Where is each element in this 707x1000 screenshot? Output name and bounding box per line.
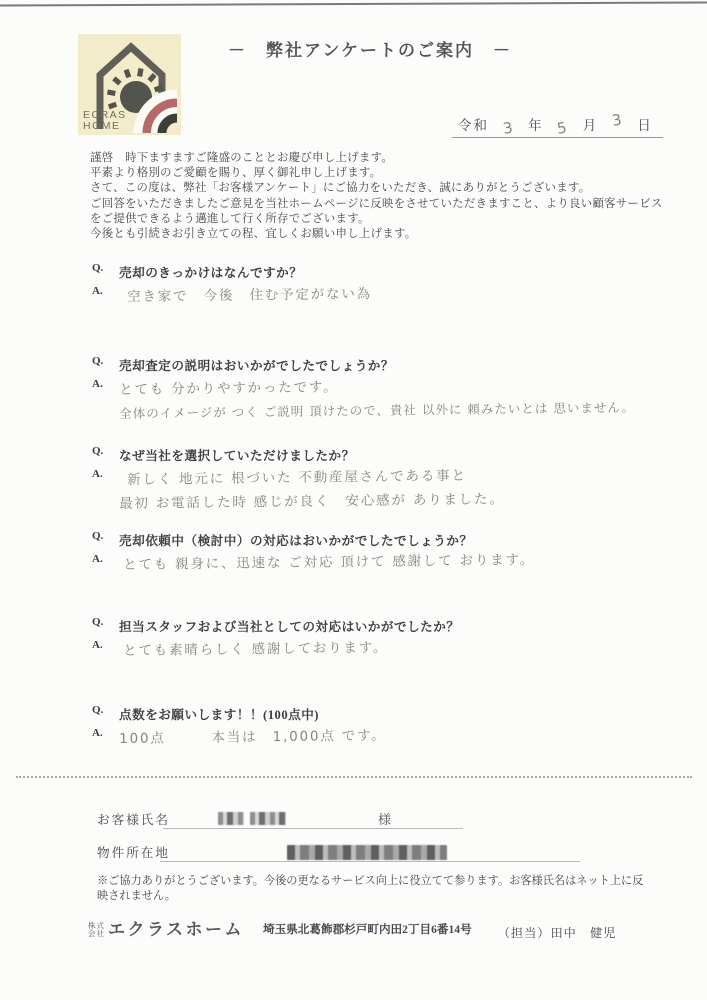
question-label: Q.: [92, 530, 110, 549]
property-location-underline: [160, 861, 580, 862]
scan-edge-line: [0, 1, 707, 6]
logo-text-home: HOME: [83, 120, 121, 132]
greeting-line: をご提供できるよう邁進して行く所存でございます。: [90, 212, 670, 227]
handwritten-answer: とても素晴らしく 感謝しております。: [123, 636, 388, 663]
date-day-unit: 日: [637, 114, 653, 134]
question-text: 担当スタッフおよび当社としての対応はいかがでしたか？: [119, 616, 459, 635]
qa-block-4: Q. 売却依頼中（検討中）の対応はおいかがでしたでしょうか？ A. とても 親身…: [92, 530, 677, 577]
handwritten-answer: とても 親身に、迅速な ご対応 頂けて 感謝して おります。: [123, 548, 535, 577]
honorific-sama: 様: [378, 809, 391, 828]
answer-label: A.: [92, 727, 110, 751]
footer-note-line: ※ご協力ありがとうございます。今後の更なるサービス向上に役立てて参ります。お客様…: [97, 874, 659, 889]
handwritten-answer: 全体のイメージが つく ご説明 頂けたので、貴社 以外に 頼みたいとは 思いませ…: [119, 396, 635, 426]
greeting-line: さて、この度は、弊社「お客様アンケート」にご協力をいただき、誠にありがとうござい…: [90, 181, 670, 196]
date-era-label: 令和: [458, 114, 489, 134]
handwritten-answer: 100点 本当は 1,000点 です。: [119, 724, 387, 751]
footer-note: ※ご協力ありがとうございます。今後の更なるサービス向上に役立てて参ります。お客様…: [97, 874, 659, 904]
question-label: Q.: [92, 704, 110, 723]
handwritten-answer: 最初 お電話した時 感じが良く 安心感が ありました。: [119, 487, 505, 516]
answer-label: A.: [92, 639, 110, 663]
redacted-customer-givenname: [250, 812, 286, 825]
company-signature-row: 株式 会社 エクラスホーム 埼玉県北葛飾郡杉戸町内田2丁目6番14号 （担当）田…: [88, 915, 616, 941]
answer-label: A.: [92, 378, 110, 426]
question-text: 点数をお願いします！！(100点中): [119, 704, 319, 723]
date-year-unit: 年: [528, 114, 544, 134]
redacted-customer-surname: [218, 812, 244, 825]
date-field: 令和 3 年 5 月 3 日: [452, 114, 663, 138]
greeting-paragraph: 謹啓 時下ますますご隆盛のこととお慶び申し上げます。 平素より格別のご愛顧を賜り…: [90, 151, 670, 242]
date-month-handwritten: 5: [557, 121, 570, 135]
question-text: 売却のきっかけはなんですか？: [119, 262, 302, 281]
property-location-label: 物件所在地: [97, 842, 170, 861]
qa-block-2: Q. 売却査定の説明はおいかがでしたでしょうか？ A. とても 分かりやすかった…: [92, 355, 677, 426]
date-month-unit: 月: [583, 114, 599, 134]
date-year-handwritten: 3: [502, 121, 515, 135]
qa-block-1: Q. 売却のきっかけはなんですか？ A. 空き家で 今後 住む予定がない為: [92, 262, 677, 309]
answer-label: A.: [92, 285, 110, 309]
qa-block-6: Q. 点数をお願いします！！(100点中) A. 100点 本当は 1,000点…: [92, 704, 677, 751]
customer-name-label: お客様氏名: [97, 809, 170, 828]
page-title: － 弊社アンケートのご案内 －: [40, 36, 700, 61]
greeting-line: ご回答をいただきましたご意見を当社ホームページに反映をさせていただきますこと、よ…: [90, 197, 670, 212]
company-name: エクラスホーム: [108, 915, 244, 940]
company-contact-person: （担当）田中 健児: [498, 924, 617, 941]
dotted-separator: [16, 776, 692, 778]
question-label: Q.: [92, 262, 110, 281]
question-label: Q.: [92, 355, 110, 374]
scanned-survey-document: ECRAS HOME － 弊社アンケートのご案内 － 令和 3 年 5 月 3 …: [0, 0, 707, 1000]
question-label: Q.: [92, 616, 110, 635]
greeting-line: 謹啓 時下ますますご隆盛のこととお慶び申し上げます。: [90, 151, 670, 166]
question-text: なぜ当社を選択していただけましたか？: [119, 445, 355, 464]
answer-label: A.: [92, 468, 110, 516]
company-address: 埼玉県北葛飾郡杉戸町内田2丁目6番14号: [263, 921, 472, 937]
question-text: 売却査定の説明はおいかがでしたでしょうか？: [119, 355, 394, 374]
date-day-handwritten: 3: [611, 113, 624, 127]
company-type-stacked: 株式 会社: [88, 922, 105, 938]
greeting-line: 平素より格別のご愛顧を賜り、厚く御礼申し上げます。: [90, 166, 670, 181]
company-type-line: 会社: [88, 930, 105, 938]
qa-block-5: Q. 担当スタッフおよび当社としての対応はいかがでしたか？ A. とても素晴らし…: [92, 616, 677, 663]
customer-name-underline: [163, 828, 463, 829]
redacted-property-address: [287, 845, 447, 860]
answer-label: A.: [92, 553, 110, 577]
question-text: 売却依頼中（検討中）の対応はおいかがでしたでしょうか？: [119, 530, 473, 549]
handwritten-answer: 空き家で 今後 住む予定がない為: [127, 282, 372, 309]
greeting-line: 今後とも引続きお引き立ての程、宜しくお願い申し上げます。: [90, 227, 670, 242]
question-label: Q.: [92, 445, 110, 464]
qa-block-3: Q. なぜ当社を選択していただけましたか？ A. 新しく 地元に 根づいた 不動…: [92, 445, 677, 516]
footer-note-line: 映されません。: [97, 889, 659, 904]
